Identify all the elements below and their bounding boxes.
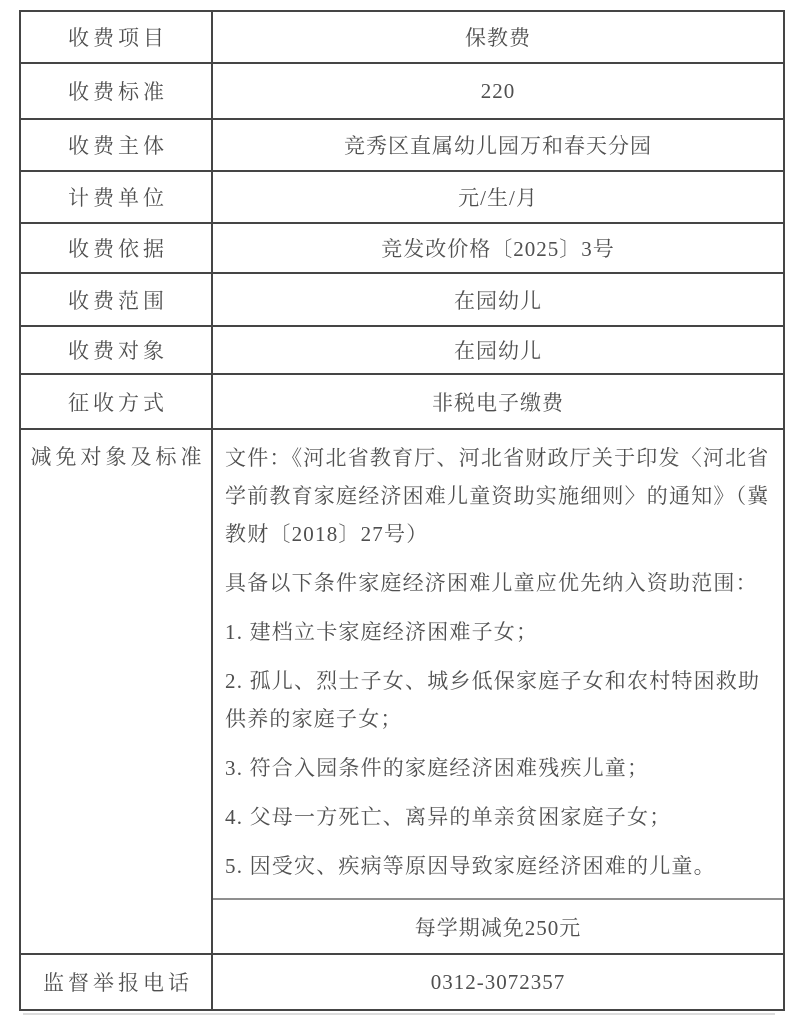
row-label-fee-target: 收费对象 [21, 327, 213, 373]
reduction-content: 文件：《河北省教育厅、河北省财政厅关于印发〈河北省学前教育家庭经济困难儿童资助实… [213, 430, 783, 953]
hotline-label: 监督举报电话 [21, 955, 213, 1009]
table-row-reduction: 减免对象及标准 文件：《河北省教育厅、河北省财政厅关于印发〈河北省学前教育家庭经… [21, 430, 783, 955]
row-label-fee-standard: 收费标准 [21, 64, 213, 118]
reduction-paragraph-document: 文件：《河北省教育厅、河北省财政厅关于印发〈河北省学前教育家庭经济困难儿童资助实… [225, 439, 775, 553]
table-row-fee-scope: 收费范围 在园幼儿 [21, 274, 783, 327]
row-label-fee-subject: 收费主体 [21, 120, 213, 170]
row-value-fee-item: 保教费 [213, 12, 783, 62]
reduction-paragraph-item5: 5. 因受灾、疾病等原因导致家庭经济困难的儿童。 [225, 847, 775, 885]
row-value-fee-basis: 竞发改价格〔2025〕3号 [213, 224, 783, 272]
reduction-paragraph-intro: 具备以下条件家庭经济困难儿童应优先纳入资助范围： [225, 564, 775, 602]
table-row-billing-unit: 计费单位 元/生/月 [21, 172, 783, 224]
fee-publicity-table: 收费项目 保教费 收费标准 220 收费主体 竞秀区直属幼儿园万和春天分园 计费… [19, 10, 785, 1011]
table-row-fee-subject: 收费主体 竞秀区直属幼儿园万和春天分园 [21, 120, 783, 172]
table-row-fee-target: 收费对象 在园幼儿 [21, 327, 783, 375]
row-value-fee-scope: 在园幼儿 [213, 274, 783, 325]
reduction-paragraph-item2: 2. 孤儿、烈士子女、城乡低保家庭子女和农村特困救助供养的家庭子女； [225, 662, 775, 738]
table-row-fee-standard: 收费标准 220 [21, 64, 783, 120]
row-value-billing-unit: 元/生/月 [213, 172, 783, 222]
row-label-fee-basis: 收费依据 [21, 224, 213, 272]
row-value-fee-target: 在园幼儿 [213, 327, 783, 373]
row-label-fee-item: 收费项目 [21, 12, 213, 62]
reduction-paragraph-item1: 1. 建档立卡家庭经济困难子女； [225, 613, 775, 651]
reduction-amount-cell: 每学期减免250元 [213, 898, 783, 953]
reduction-paragraph-item3: 3. 符合入园条件的家庭经济困难残疾儿童； [225, 749, 775, 787]
row-value-collection-method: 非税电子缴费 [213, 375, 783, 428]
reduction-paragraph-item4: 4. 父母一方死亡、离异的单亲贫困家庭子女； [225, 798, 775, 836]
table-row-fee-item: 收费项目 保教费 [21, 12, 783, 64]
table-row-hotline: 监督举报电话 0312-3072357 [21, 955, 783, 1009]
row-value-fee-standard: 220 [213, 64, 783, 118]
row-label-fee-scope: 收费范围 [21, 274, 213, 325]
reduction-label: 减免对象及标准 [21, 430, 213, 953]
row-label-billing-unit: 计费单位 [21, 172, 213, 222]
table-row-fee-basis: 收费依据 竞发改价格〔2025〕3号 [21, 224, 783, 274]
hotline-value: 0312-3072357 [213, 955, 783, 1009]
table-row-collection-method: 征收方式 非税电子缴费 [21, 375, 783, 430]
table-shadow-line [23, 1013, 775, 1015]
row-label-collection-method: 征收方式 [21, 375, 213, 428]
row-value-fee-subject: 竞秀区直属幼儿园万和春天分园 [213, 120, 783, 170]
reduction-text-block: 文件：《河北省教育厅、河北省财政厅关于印发〈河北省学前教育家庭经济困难儿童资助实… [213, 430, 783, 898]
